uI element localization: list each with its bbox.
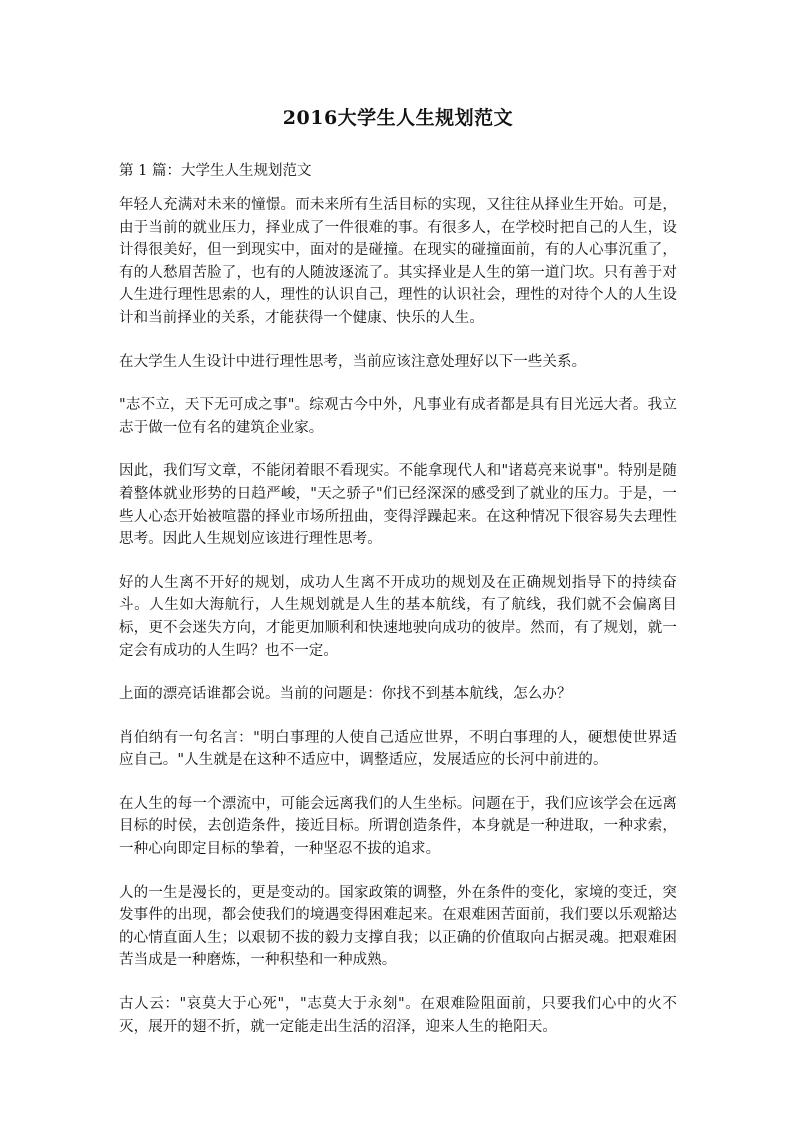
paragraph-4: 因此，我们写文章，不能闭着眼不看现实。不能拿现代人和"诸葛亮来说事"。特别是随着…	[119, 460, 677, 550]
document-title: 2016大学生人生规划范文	[119, 106, 677, 130]
paragraph-6: 上面的漂亮话谁都会说。当前的问题是：你找不到基本航线，怎么办？	[119, 683, 677, 706]
paragraph-3: "志不立，天下无可成之事"。综观古今中外，凡事业有成者都是具有目光远大者。我立志…	[119, 394, 677, 439]
document-body: 年轻人充满对未来的憧憬。而未来所有生活目标的实现，又往往从择业生开始。可是，由于…	[119, 194, 677, 1059]
paragraph-1: 年轻人充满对未来的憧憬。而未来所有生活目标的实现，又往往从择业生开始。可是，由于…	[119, 194, 677, 330]
paragraph-5: 好的人生离不开好的规划，成功人生离不开成功的规划及在正确规划指导下的持续奋斗。人…	[119, 572, 677, 662]
section-heading: 第 1 篇：大学生人生规划范文	[119, 160, 311, 182]
paragraph-9: 人的一生是漫长的，更是变动的。国家政策的调整，外在条件的变化，家境的变迁，突发事…	[119, 882, 677, 972]
paragraph-8: 在人生的每一个漂流中，可能会远离我们的人生坐标。问题在于，我们应该学会在远离目标…	[119, 793, 677, 861]
paragraph-10: 古人云："哀莫大于心死"，"志莫大于永刻"。在艰难险阻面前，只要我们心中的火不灭…	[119, 993, 677, 1038]
paragraph-2: 在大学生人生设计中进行理性思考，当前应该注意处理好以下一些关系。	[119, 351, 677, 374]
paragraph-7: 肖伯纳有一句名言："明白事理的人使自己适应世界，不明白事理的人，硬想使世界适应自…	[119, 727, 677, 772]
